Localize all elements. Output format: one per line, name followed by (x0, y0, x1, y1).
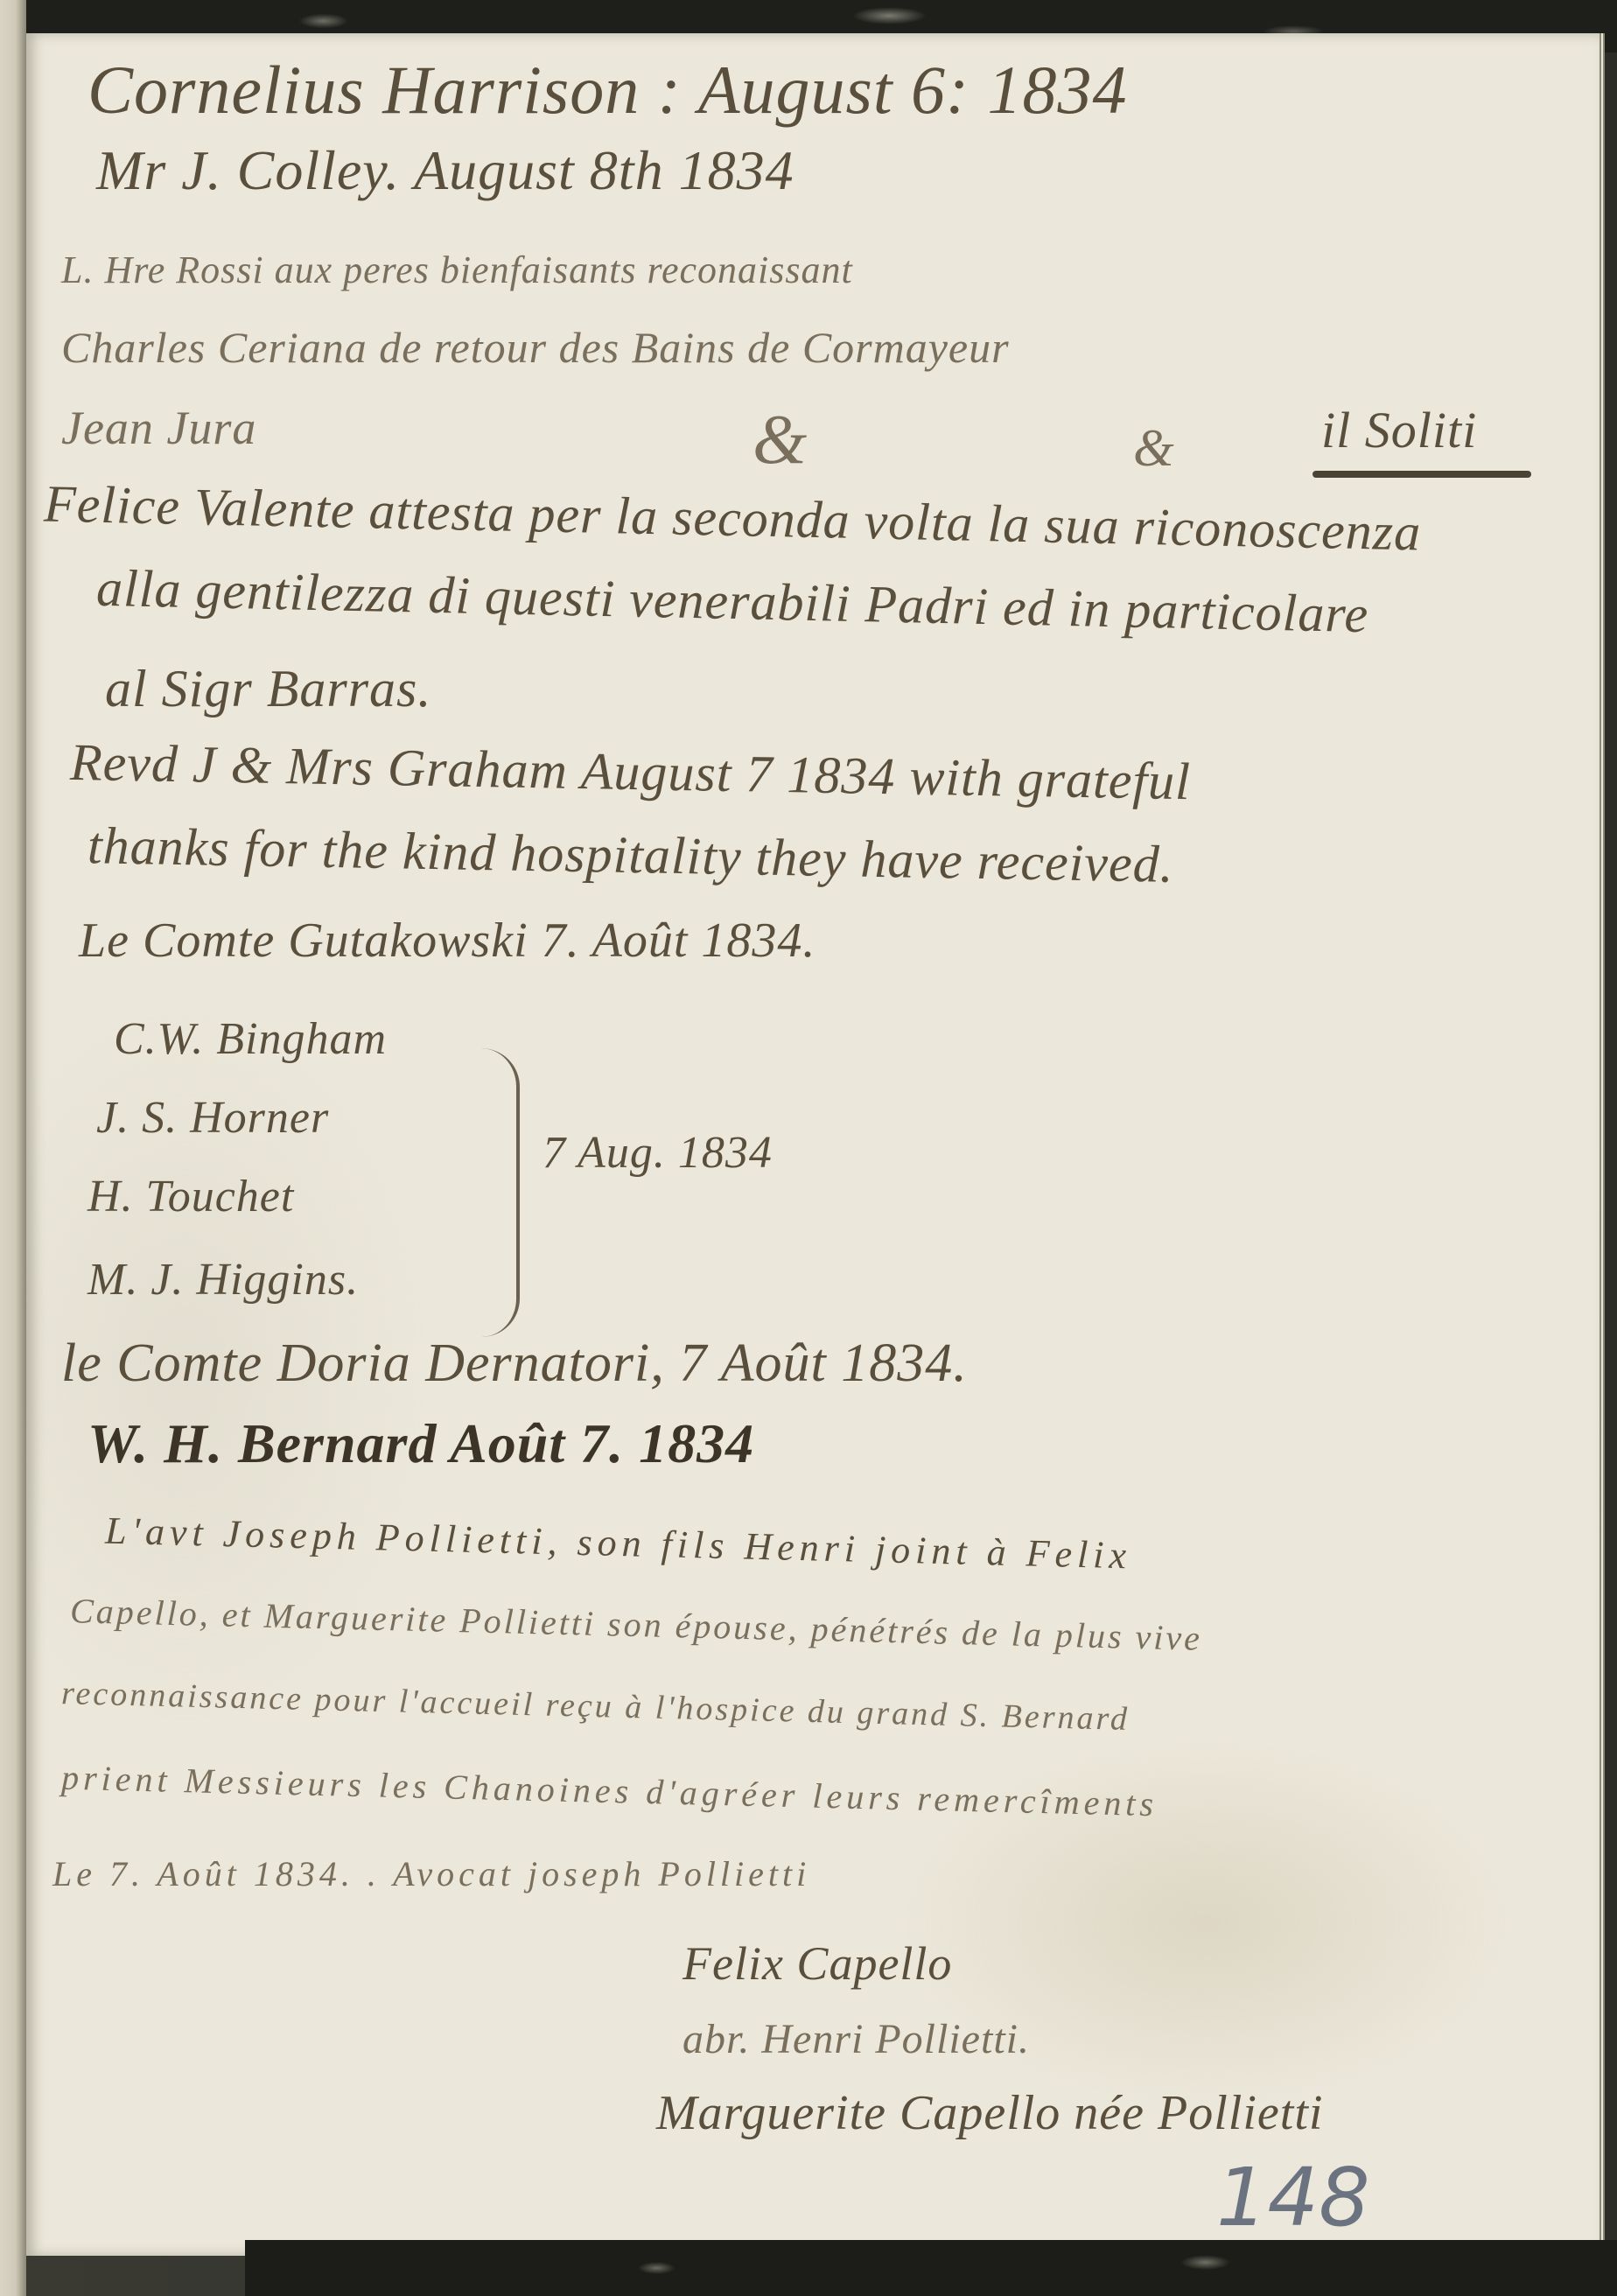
entry-valente-3: al Sigr Barras. (105, 659, 431, 719)
entry-horner: J. S. Horner (96, 1092, 329, 1144)
entry-valente-2: alla gentilezza di questi venerabili Pad… (95, 558, 1368, 645)
entry-pollietti-4: prient Messieurs les Chanoines d'agréer … (61, 1757, 1158, 1825)
group-date: 7 Aug. 1834 (542, 1127, 773, 1179)
entry-graham-2: thanks for the kind hospitality they hav… (87, 815, 1174, 895)
entry-bingham: C.W. Bingham (114, 1013, 387, 1065)
entry-touchet: H. Touchet (87, 1171, 294, 1222)
left-page-edge (0, 0, 26, 2296)
entry-harrison: Cornelius Harrison : August 6: 1834 (87, 51, 1127, 129)
group-brace (481, 1048, 520, 1337)
signature-marguerite: Marguerite Capello née Pollietti (656, 2085, 1323, 2141)
marbled-cover-bottom (245, 2240, 1617, 2296)
entry-pollietti-2: Capello, et Marguerite Pollietti son épo… (70, 1590, 1203, 1659)
soliti-underline (1312, 471, 1531, 478)
entry-gutakowski: Le Comte Gutakowski 7. Août 1834. (79, 913, 815, 969)
entry-doria: le Comte Doria Dernatori, 7 Août 1834. (61, 1333, 968, 1395)
entry-ampersand-2: & (1133, 418, 1175, 479)
signature-capello: Felix Capello (682, 1936, 952, 1991)
folio-number: 148 (1216, 2151, 1370, 2244)
entry-bernard: W. H. Bernard Août 7. 1834 (87, 1411, 754, 1476)
scanned-page: Cornelius Harrison : August 6: 1834 Mr J… (0, 0, 1617, 2296)
entry-ampersand-1: & (752, 401, 808, 480)
entry-pollietti-5: Le 7. Août 1834. . Avocat joseph Polliet… (52, 1853, 810, 1894)
entry-rossi: L. Hre Rossi aux peres bienfaisants reco… (61, 248, 853, 292)
entry-colley: Mr J. Colley. August 8th 1834 (96, 138, 794, 203)
entry-valente-1: Felice Valente attesta per la seconda vo… (43, 474, 1421, 563)
entry-pollietti-1: L'avt Joseph Pollietti, son fils Henri j… (105, 1508, 1132, 1578)
register-page: Cornelius Harrison : August 6: 1834 Mr J… (26, 33, 1605, 2256)
entry-jura: Jean Jura (61, 401, 256, 455)
entry-ceriana: Charles Ceriana de retour des Bains de C… (61, 322, 1010, 373)
entry-higgins: M. J. Higgins. (87, 1254, 359, 1305)
entry-graham-1: Revd J & Mrs Graham August 7 1834 with g… (69, 732, 1191, 812)
entry-pollietti-3: reconnaissance pour l'accueil reçu à l'h… (61, 1674, 1130, 1739)
entry-soliti: il Soliti (1321, 401, 1477, 459)
signature-henri: abr. Henri Pollietti. (682, 2015, 1030, 2063)
